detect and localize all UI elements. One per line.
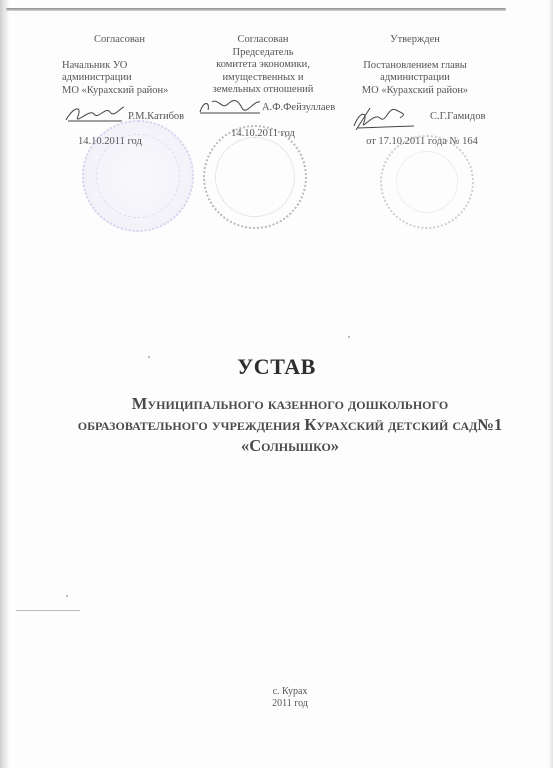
scan-edge-top	[6, 8, 506, 11]
approval-date: 14.10.2011 год	[58, 136, 188, 149]
scan-edge-left	[0, 0, 9, 768]
signatory-name: Р.М.Катибов	[128, 111, 184, 124]
stray-scan-line	[16, 610, 80, 611]
approval-position-line: Постановлением главы	[340, 60, 490, 73]
signature-row: Р.М.Катибов	[58, 108, 188, 124]
scan-speck	[66, 595, 68, 597]
approval-date: 14.10.2011 год	[198, 128, 328, 141]
document-subtitle: Муниципального казенного дошкольного обр…	[70, 393, 510, 456]
approval-date: от 17.10.2011 года № 164	[340, 136, 490, 149]
approval-position-line: администрации	[58, 72, 188, 85]
approval-position-line: Начальник УО	[58, 60, 188, 73]
signature-mark	[198, 96, 262, 114]
scan-speck	[148, 356, 150, 358]
approval-block-1: Согласован Начальник УО администрации МО…	[58, 34, 188, 149]
approval-position-line: Председатель	[198, 47, 328, 60]
document-footer: с. Курах 2011 год	[240, 686, 340, 710]
approval-status: Согласован	[58, 34, 188, 47]
place: с. Курах	[240, 686, 340, 698]
official-stamp-3	[380, 135, 474, 229]
document-title: УСТАВ	[0, 354, 553, 380]
approval-block-3: Утвержден Постановлением главы администр…	[340, 34, 490, 149]
approval-position-line: МО «Курахский район»	[58, 85, 188, 98]
approval-block-2: Согласован Председатель комитета экономи…	[198, 34, 328, 140]
signature-mark	[350, 104, 416, 122]
approval-position-line: имущественных и	[198, 72, 328, 85]
approval-position-line: администрации	[340, 72, 490, 85]
signature-mark	[64, 104, 126, 122]
year: 2011 год	[240, 698, 340, 710]
approval-status: Согласован	[198, 34, 328, 47]
signature-row: А.Ф.Фейзуллаев	[198, 100, 328, 116]
scan-speck	[348, 336, 350, 338]
approval-position-line: МО «Курахский район»	[340, 85, 490, 98]
approval-status: Утвержден	[340, 34, 490, 47]
approval-position-line: комитета экономики,	[198, 59, 328, 72]
scan-edge-right	[549, 0, 553, 768]
signatory-name: А.Ф.Фейзуллаев	[262, 102, 335, 115]
signature-row: С.Г.Гамидов	[340, 108, 490, 124]
signatory-name: С.Г.Гамидов	[430, 111, 485, 124]
official-stamp-2	[203, 125, 307, 229]
